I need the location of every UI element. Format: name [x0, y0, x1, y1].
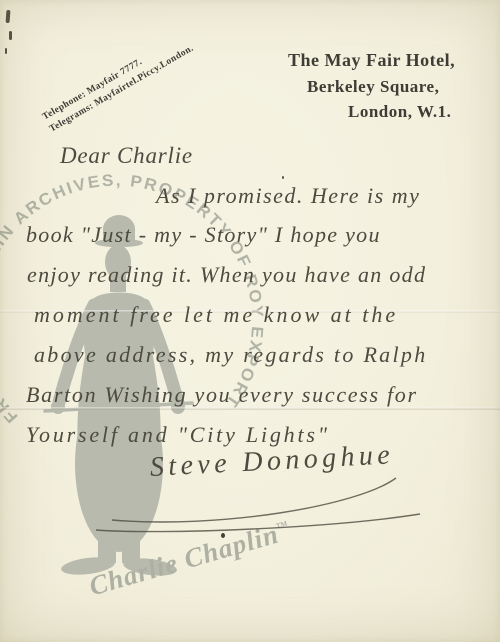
handwriting-line: As I promised. Here is my — [156, 183, 420, 209]
letterhead-address-line1: Berkeley Square, — [307, 77, 439, 97]
salutation: Dear Charlie — [60, 143, 193, 169]
handwriting-line: Barton Wishing you every success for — [26, 382, 418, 408]
paper-edge-mark — [5, 48, 7, 54]
ink-speck — [221, 533, 225, 538]
ink-speck — [282, 176, 284, 179]
letterhead-hotel-name: The May Fair Hotel, — [288, 50, 455, 71]
handwriting-line: enjoy reading it. When you have an odd — [27, 262, 426, 288]
handwriting-line: moment free let me know at the — [34, 302, 398, 328]
scanned-letter-page: FROM THE CHAPLIN ARCHIVES, PROPERTY OF R… — [0, 0, 500, 642]
handwriting-line: above address, my regards to Ralph — [34, 342, 428, 368]
trademark-symbol: TM — [275, 519, 288, 530]
handwriting-line: book "Just - my - Story" I hope you — [26, 222, 381, 248]
letterhead-address-line2: London, W.1. — [348, 102, 451, 122]
paper-edge-mark — [9, 31, 12, 40]
